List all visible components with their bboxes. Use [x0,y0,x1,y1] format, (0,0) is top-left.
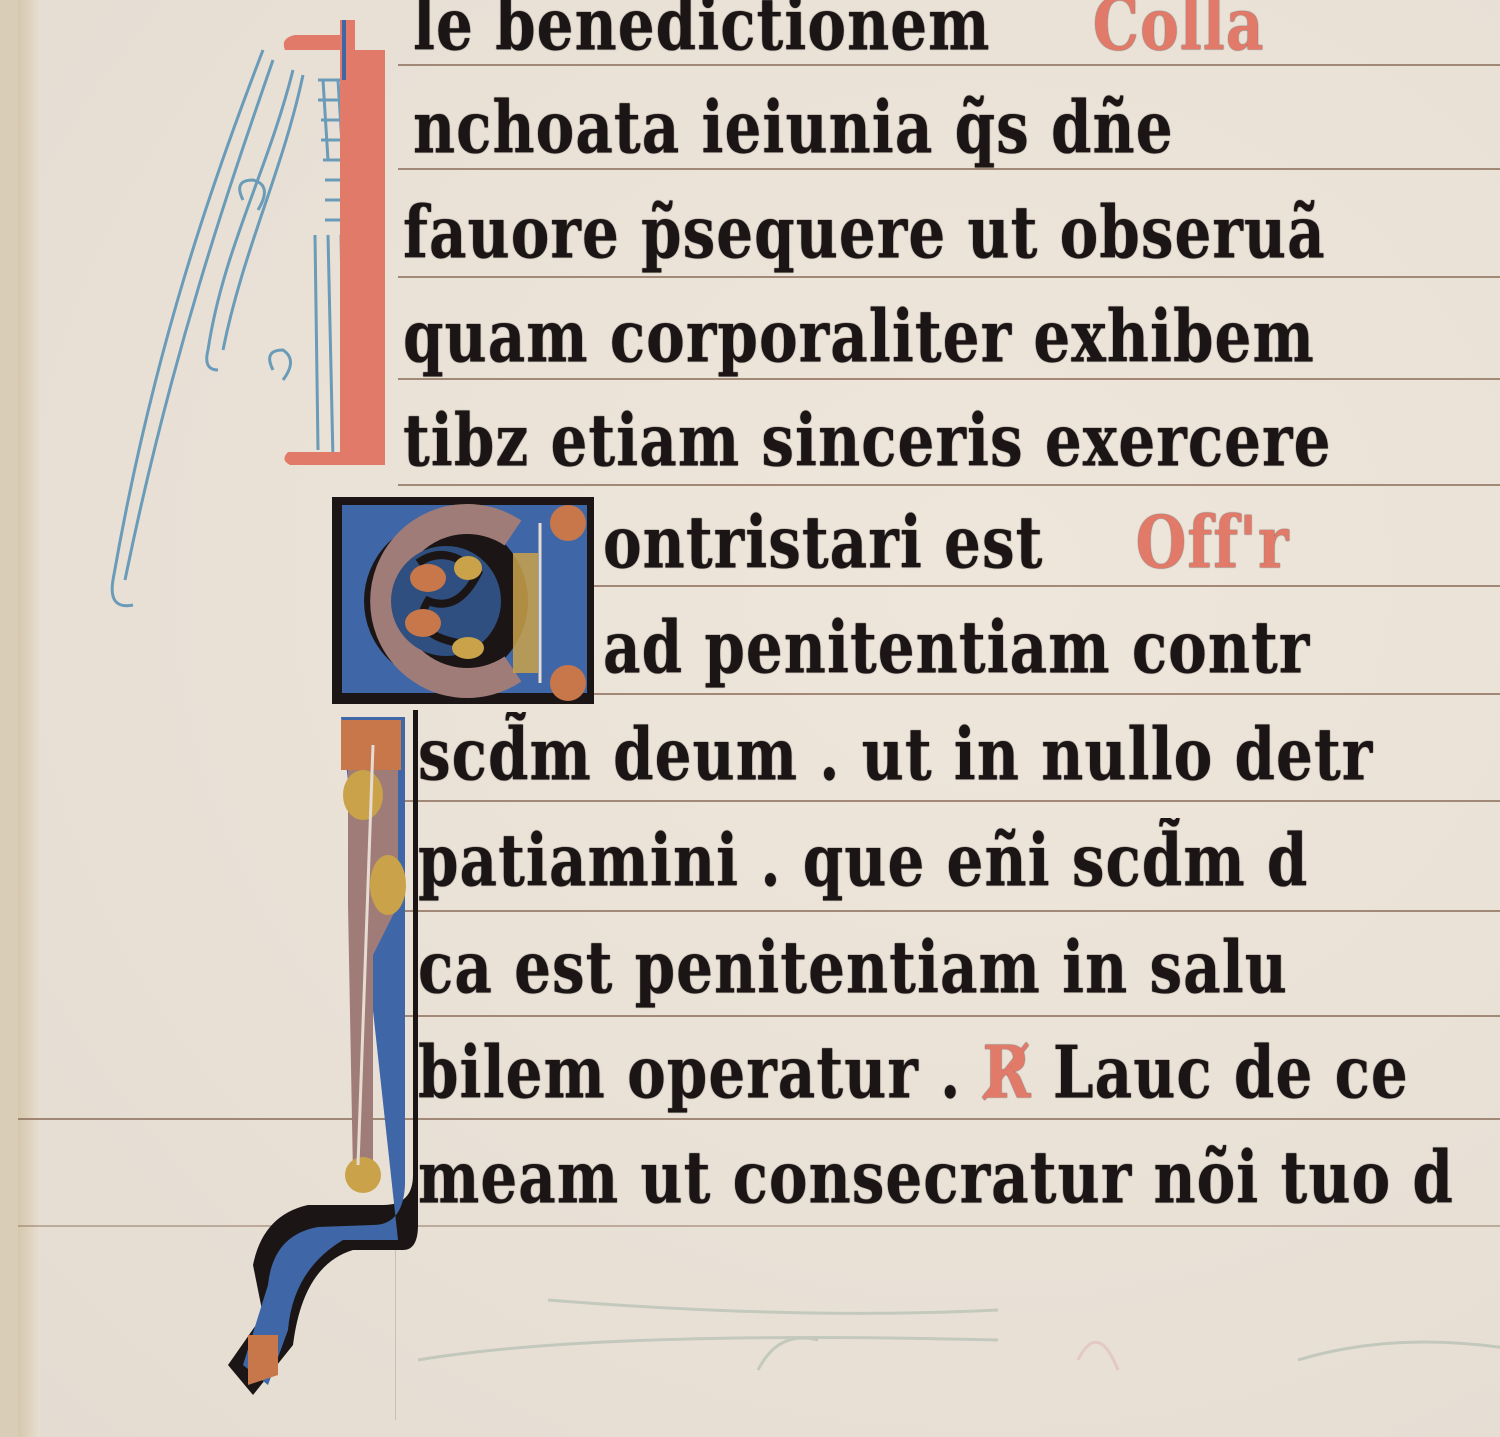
text-line-9: patiamini . que eñi scd̃m d [418,818,1500,918]
rubric-responsory: R̸ [982,1030,1031,1115]
line-text: ontristari est [603,500,1043,585]
line-text: tibz etiam sinceris exercere [403,398,1332,483]
rubric-offertorium: Off'r [1136,500,1290,585]
page-edge [18,0,40,1437]
text-line-1: le benedictionem Colla [413,0,1500,82]
text-line-6: ontristari est Off'r [603,500,1500,600]
line-text: quam corporaliter exhibem [403,294,1315,379]
line-text: fauore p̃sequere ut obseruã [403,190,1326,275]
text-line-10: ca est penitentiam in salu [418,925,1500,1025]
line-text: bilem operatur . [418,1030,961,1115]
initial-s-icon [223,705,418,1400]
line-text: le benedictionem [413,0,991,67]
rubric-collecta: Colla [1093,0,1265,67]
text-line-2: nchoata ieiunia q̃s dñe [413,85,1500,185]
manuscript-page: le benedictionem Colla nchoata ieiunia q… [18,0,1500,1437]
line-text: scd̃m deum . ut in nullo detr [418,712,1373,797]
line-text: Lauc de ce [1053,1030,1409,1115]
text-line-5: tibz etiam sinceris exercere [403,398,1500,498]
line-text: nchoata ieiunia q̃s dñe [413,85,1174,170]
line-text: ad penitentiam contr [603,605,1310,690]
line-text: meam ut consecratur nõi tuo d [418,1135,1454,1220]
initial-c-icon [328,493,598,708]
text-line-4: quam corporaliter exhibem [403,294,1500,394]
text-line-12: meam ut consecratur nõi tuo d [418,1135,1500,1235]
show-through-ink [398,1240,1500,1400]
text-line-7: ad penitentiam contr [603,605,1500,705]
text-line-3: fauore p̃sequere ut obseruã [403,190,1500,290]
text-line-11: bilem operatur . R̸ Lauc de ce [418,1030,1500,1130]
line-text: patiamini . que eñi scd̃m d [418,818,1308,903]
text-line-8: scd̃m deum . ut in nullo detr [418,712,1500,812]
initial-i-icon [280,20,400,470]
line-text: ca est penitentiam in salu [418,925,1288,1010]
